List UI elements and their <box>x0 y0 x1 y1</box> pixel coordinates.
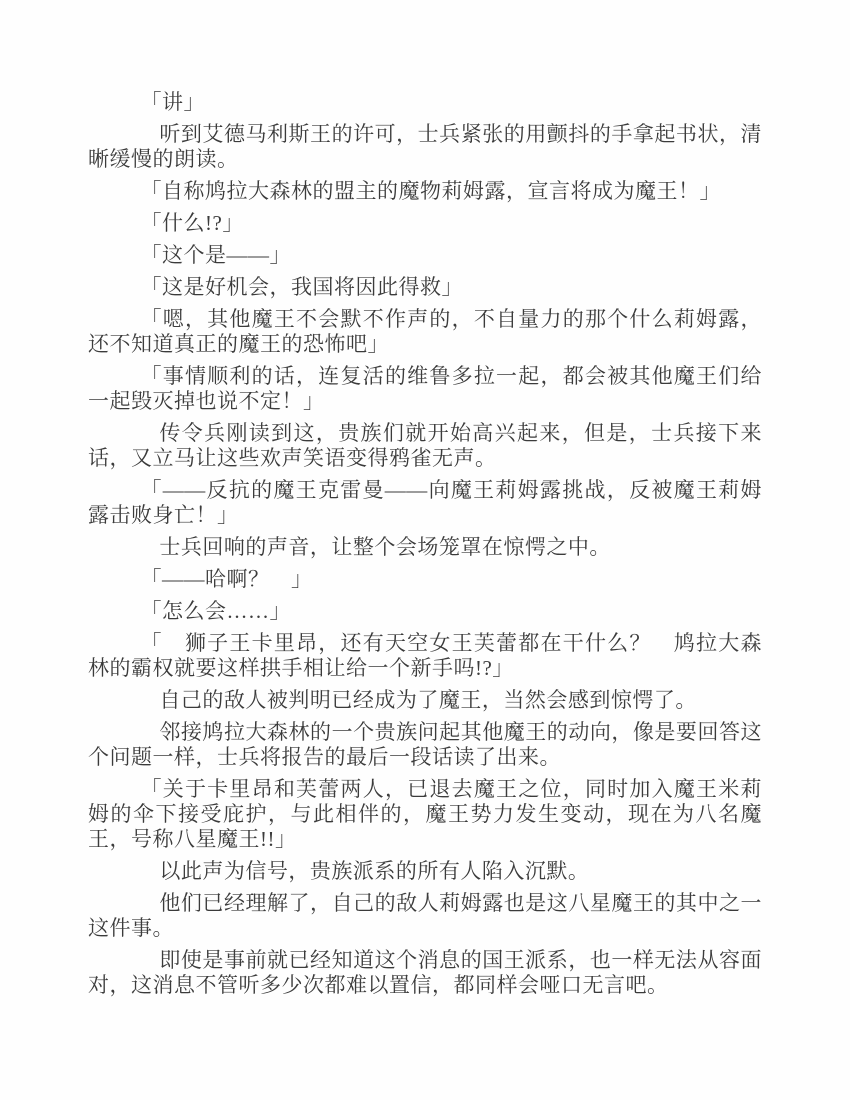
narration-paragraph: 他们已经理解了，自己的敌人莉姆露也是这八星魔王的其中之一这件事。 <box>88 891 762 941</box>
dialogue-paragraph: 「——哈啊？ 」 <box>88 567 762 592</box>
narration-paragraph: 自己的敌人被判明已经成为了魔王，当然会感到惊愕了。 <box>88 688 762 713</box>
dialogue-paragraph: 「自称鸠拉大森林的盟主的魔物莉姆露，宣言将成为魔王！」 <box>88 179 762 204</box>
narration-paragraph: 士兵回响的声音，让整个会场笼罩在惊愕之中。 <box>88 535 762 560</box>
narration-paragraph: 听到艾德马利斯王的许可，士兵紧张的用颤抖的手拿起书状，清晰缓慢的朗读。 <box>88 122 762 172</box>
dialogue-paragraph: 「讲」 <box>88 90 762 115</box>
narration-paragraph: 传令兵刚读到这，贵族们就开始高兴起来，但是，士兵接下来话，又立马让这些欢声笑语变… <box>88 421 762 471</box>
dialogue-paragraph: 「怎么会……」 <box>88 599 762 624</box>
dialogue-paragraph: 「——反抗的魔王克雷曼——向魔王莉姆露挑战，反被魔王莉姆露击败身亡！」 <box>88 478 762 528</box>
dialogue-paragraph: 「关于卡里昂和芙蕾两人，已退去魔王之位，同时加入魔王米莉姆的伞下接受庇护，与此相… <box>88 777 762 852</box>
narration-paragraph: 以此声为信号，贵族派系的所有人陷入沉默。 <box>88 859 762 884</box>
dialogue-paragraph: 「什么!?」 <box>88 211 762 236</box>
dialogue-paragraph: 「事情顺利的话，连复活的维鲁多拉一起，都会被其他魔王们给一起毁灭掉也说不定！」 <box>88 364 762 414</box>
dialogue-paragraph: 「这是好机会，我国将因此得救」 <box>88 275 762 300</box>
narration-paragraph: 邻接鸠拉大森林的一个贵族问起其他魔王的动向，像是要回答这个问题一样，士兵将报告的… <box>88 720 762 770</box>
dialogue-paragraph: 「这个是——」 <box>88 243 762 268</box>
dialogue-paragraph: 「 狮子王卡里昂，还有天空女王芙蕾都在干什么？ 鸠拉大森林的霸权就要这样拱手相让… <box>88 631 762 681</box>
dialogue-paragraph: 「嗯，其他魔王不会默不作声的，不自量力的那个什么莉姆露，还不知道真正的魔王的恐怖… <box>88 307 762 357</box>
narration-paragraph: 即使是事前就已经知道这个消息的国王派系，也一样无法从容面对，这消息不管听多少次都… <box>88 948 762 998</box>
novel-text-page: 「讲」 听到艾德马利斯王的许可，士兵紧张的用颤抖的手拿起书状，清晰缓慢的朗读。 … <box>0 0 850 1100</box>
